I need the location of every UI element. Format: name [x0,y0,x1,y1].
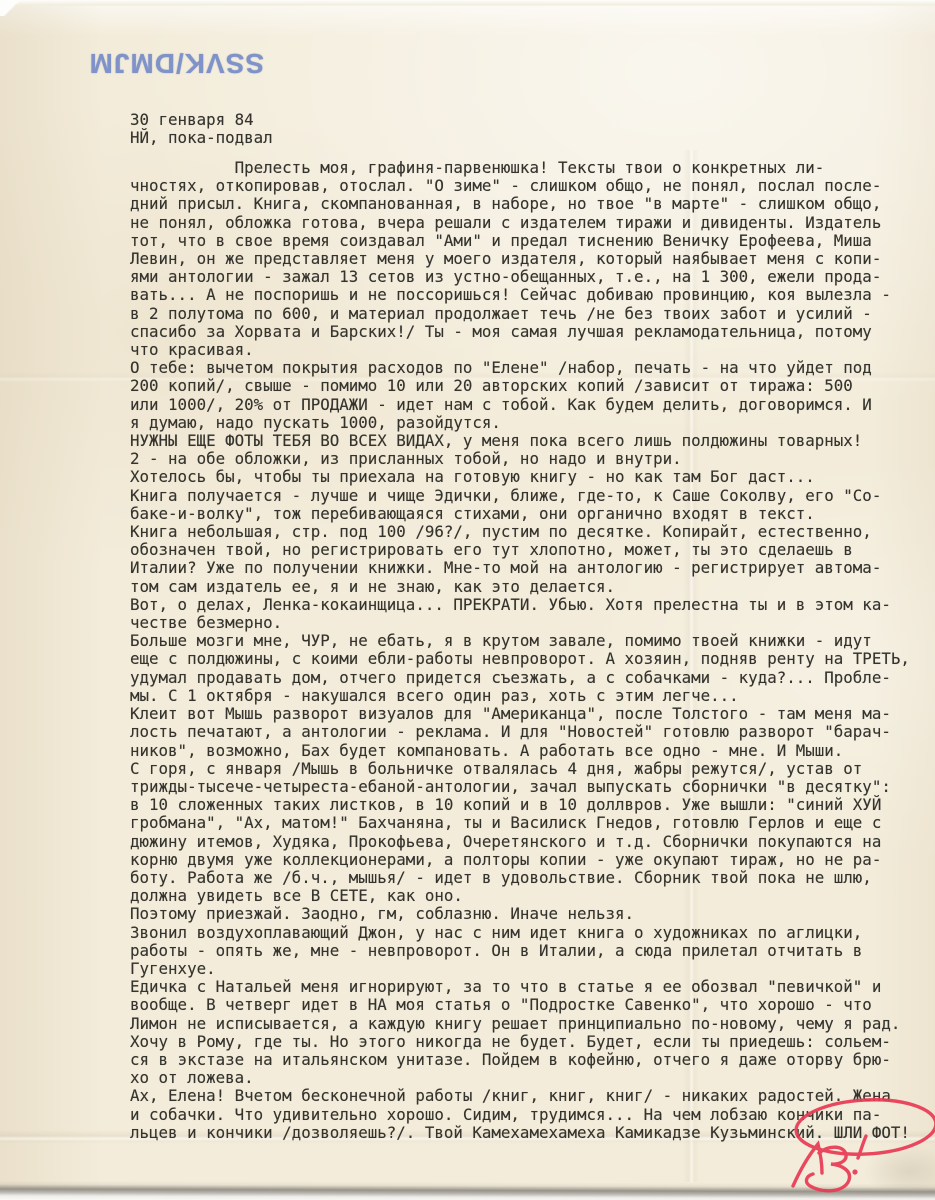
letter-body: Прелесть моя, графиня-парвенюшка! Тексты… [130,159,910,1142]
paper-top-edge [0,0,935,6]
letterhead-stamp-upside-down: SSVK/DMJM [88,44,264,82]
letter-place: НЙ, пока-подвал [130,128,273,147]
letter-header: 30 генваря 84 НЙ, пока-подвал [130,111,273,147]
paper-corner-top-left [0,0,30,16]
scanned-letter-page: SSVK/DMJM 30 генваря 84 НЙ, пока-подвал … [0,0,935,1200]
red-monogram-stroke-1 [793,1144,822,1186]
letter-date: 30 генваря 84 [130,110,254,129]
paper-bottom-edge [0,1181,935,1200]
